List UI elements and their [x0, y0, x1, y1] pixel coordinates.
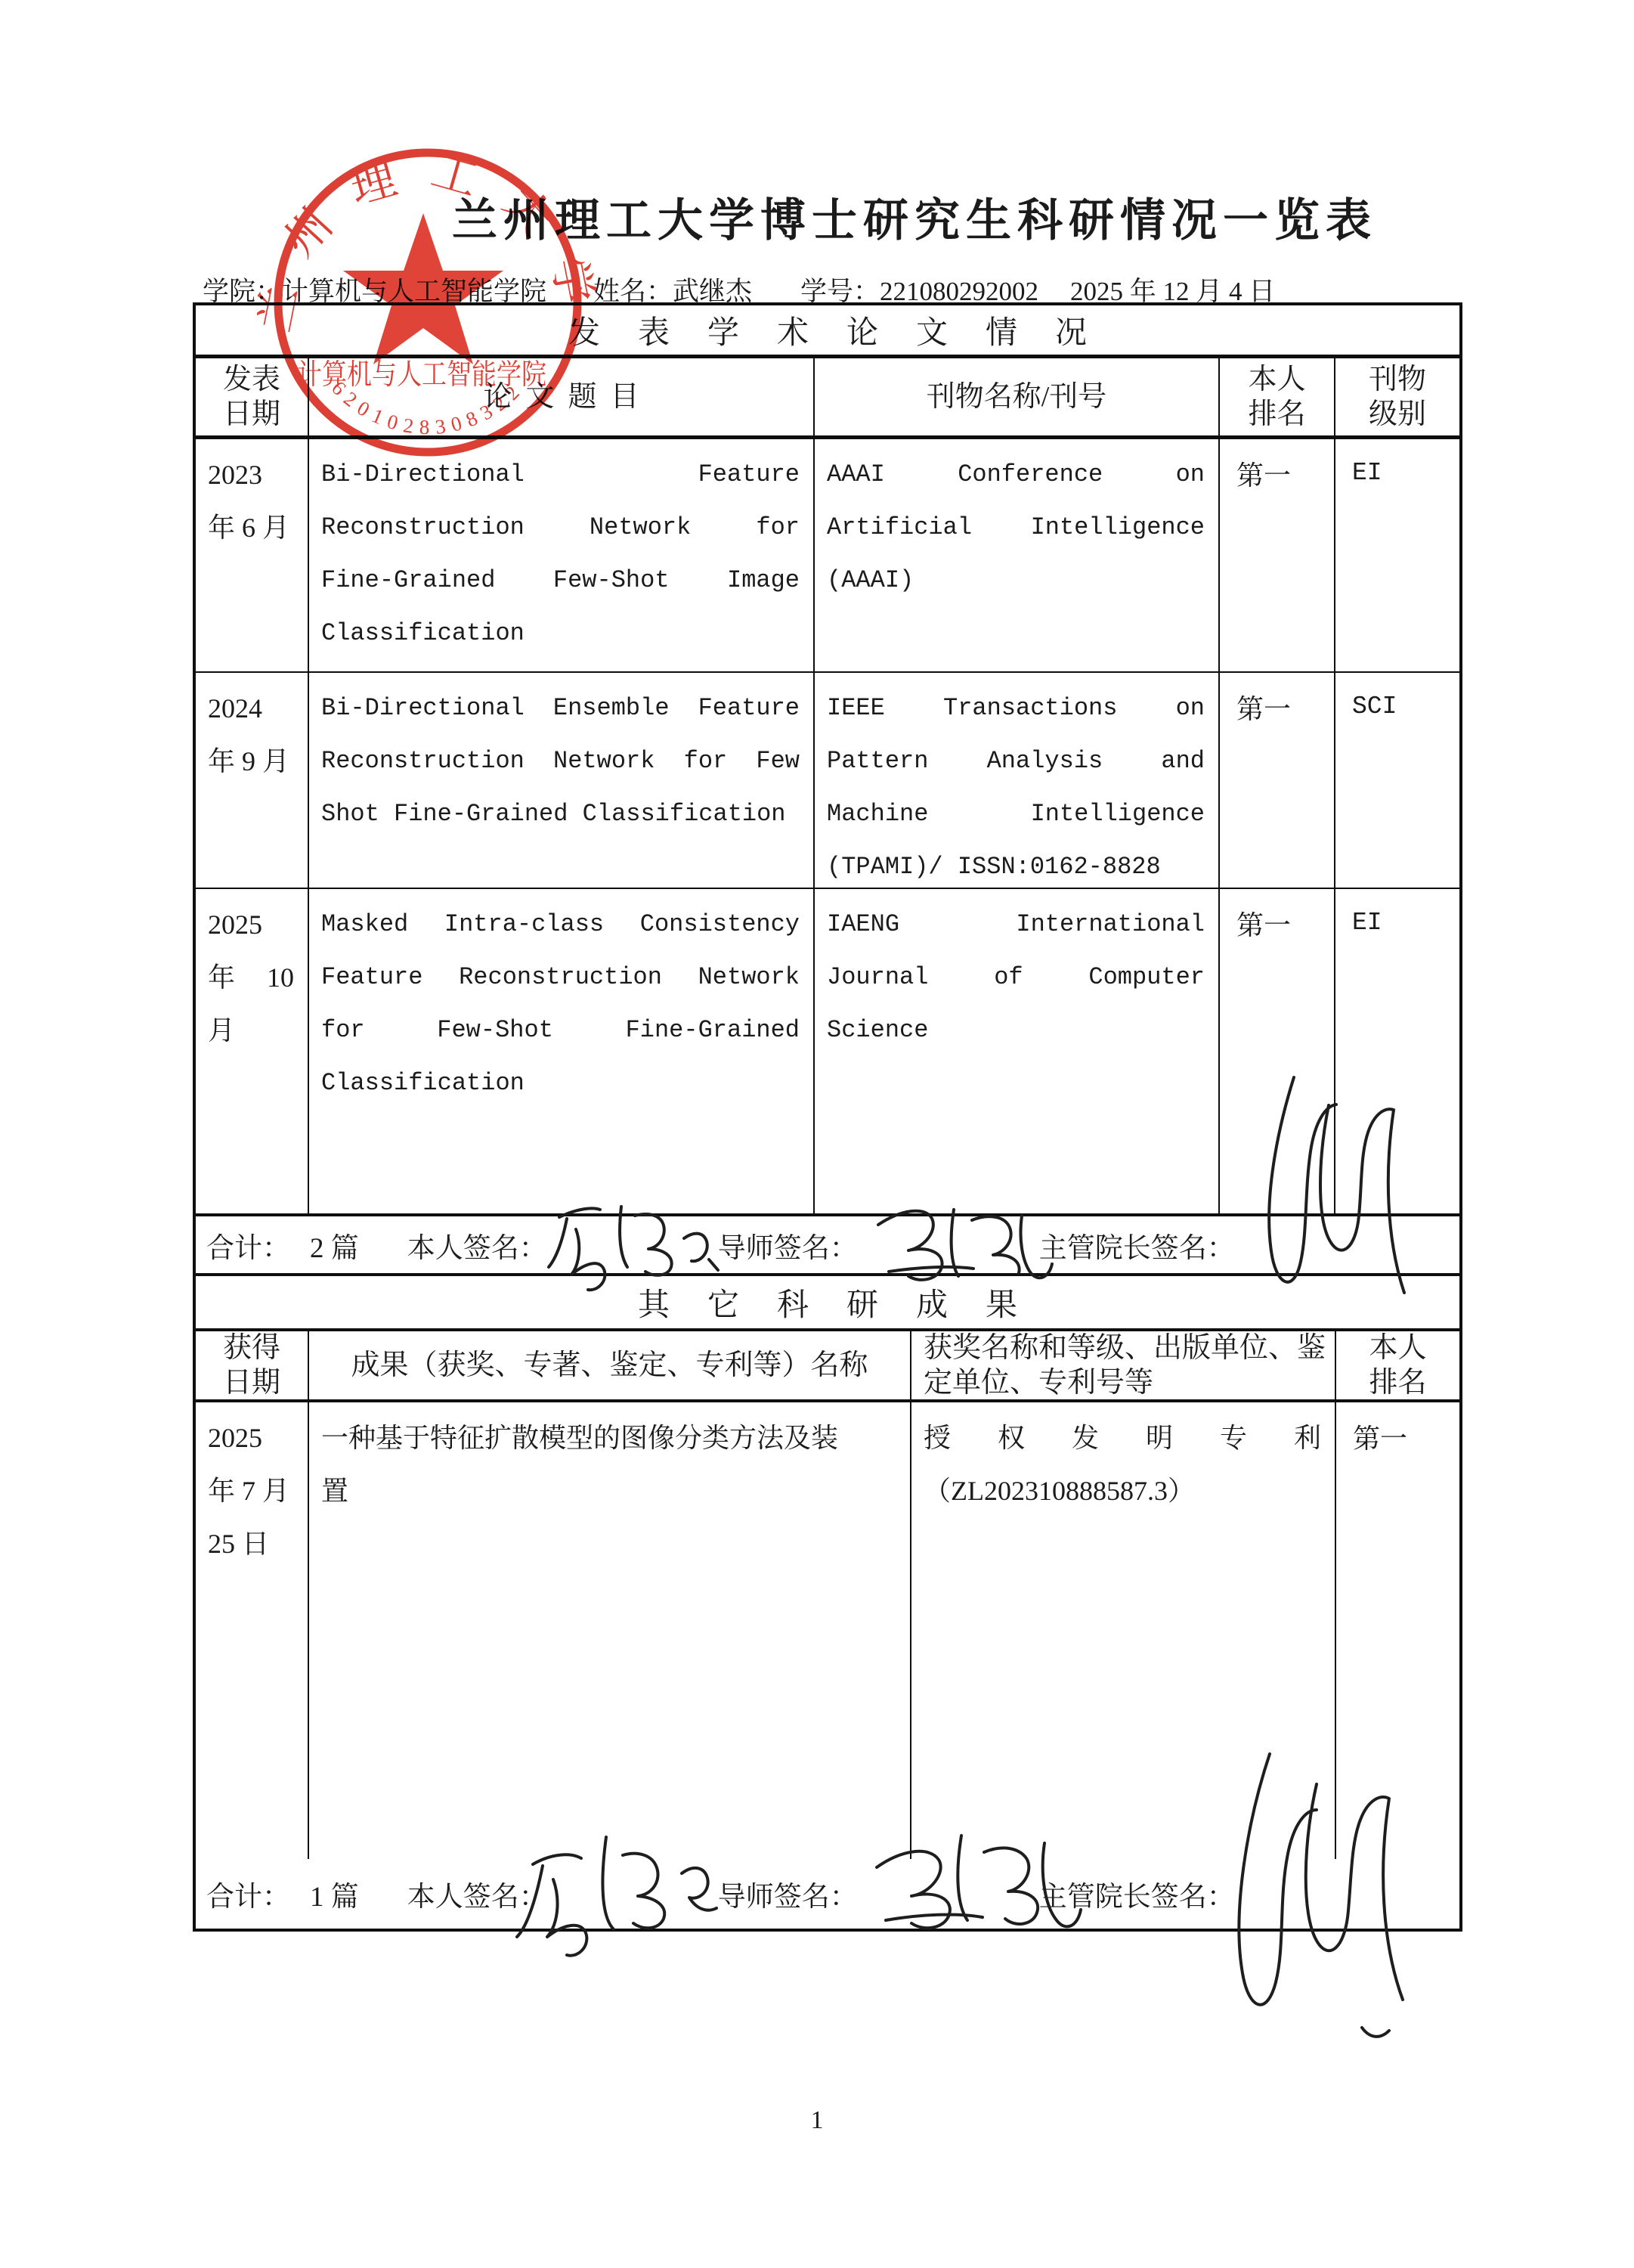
paper-1-rank: 第一: [1220, 439, 1335, 671]
achievement-1-rank: 第一: [1336, 1402, 1459, 1859]
paper-3-journal: IAENG International Journal of Computer …: [815, 889, 1220, 1213]
paper-3-title: Masked Intra-class Consistency Feature R…: [309, 889, 815, 1213]
header-self-rank-2: 本人 排名: [1336, 1331, 1459, 1399]
paper-3-date: 2025 年 10 月: [196, 889, 309, 1213]
other-header-row: 获得 日期 成果（获奖、专著、鉴定、专利等）名称 获奖名称和等级、出版单位、鉴 …: [196, 1331, 1459, 1402]
achievement-1-name: 一种基于特征扩散模型的图像分类方法及装 置: [309, 1402, 911, 1859]
papers-header-row: 发表 日期 论文题目 刊物名称/刊号 本人 排名 刊物 级别: [196, 358, 1459, 439]
page-title: 兰州理工大学博士研究生科研情况一览表: [408, 184, 1421, 249]
header-obtain-date: 获得 日期: [196, 1331, 309, 1399]
paper-2-rank: 第一: [1220, 673, 1335, 888]
header-publish-date: 发表 日期: [196, 358, 309, 435]
paper-row-1: 2023 年 6 月 Bi-Directional Feature Recons…: [196, 439, 1459, 673]
header-award-detail: 获奖名称和等级、出版单位、鉴 定单位、专利号等: [911, 1331, 1336, 1399]
paper-2-date: 2024 年 9 月: [196, 673, 309, 888]
achievement-1-award: 授 权 发 明 专 利 （ZL202310888587.3）: [911, 1402, 1336, 1859]
paper-3-level: EI: [1335, 889, 1459, 1213]
paper-1-level: EI: [1335, 439, 1459, 671]
document-page: 兰州理工大学博士研究生科研情况一览表 学院：计算机与人工智能学院 姓名：武继杰 …: [0, 0, 1634, 2268]
paper-1-journal: AAAI Conference on Artificial Intelligen…: [815, 439, 1220, 671]
other-section-title: 其它科研成果: [600, 1280, 1055, 1325]
papers-summary-row: 合计： 2 篇 本人签名： 导师签名： 主管院长签名：: [196, 1216, 1459, 1276]
supervisor-signature-label: 导师签名：: [718, 1225, 858, 1266]
paper-row-3: 2025 年 10 月 Masked Intra-class Consisten…: [196, 889, 1459, 1216]
achievement-1-date: 2025 年 7 月 25 日: [196, 1402, 309, 1859]
paper-2-level: SCI: [1335, 673, 1459, 888]
paper-2-title: Bi-Directional Ensemble Feature Reconstr…: [309, 673, 815, 888]
self-signature-label-2: 本人签名：: [407, 1873, 547, 1914]
header-journal-level: 刊物 级别: [1335, 358, 1459, 435]
paper-3-rank: 第一: [1220, 889, 1335, 1213]
papers-section-title: 发表学术论文情况: [531, 308, 1125, 353]
supervisor-signature-label-2: 导师签名：: [718, 1873, 858, 1914]
other-total-label: 合计：: [196, 1873, 290, 1914]
self-signature-label: 本人签名：: [407, 1225, 547, 1266]
header-paper-title: 论文题目: [309, 358, 815, 435]
papers-section-band: 发表学术论文情况: [196, 305, 1459, 358]
papers-total-label: 合计：: [196, 1225, 290, 1266]
dean-signature-label-2: 主管院长签名：: [1039, 1873, 1235, 1914]
paper-1-date: 2023 年 6 月: [196, 439, 309, 671]
header-achievement-name: 成果（获奖、专著、鉴定、专利等）名称: [309, 1331, 911, 1399]
header-journal: 刊物名称/刊号: [815, 358, 1220, 435]
dean-signature-label: 主管院长签名：: [1039, 1225, 1235, 1266]
header-self-rank: 本人 排名: [1220, 358, 1335, 435]
paper-1-title: Bi-Directional Feature Reconstruction Ne…: [309, 439, 815, 671]
page-number: 1: [0, 2106, 1634, 2135]
other-section-band: 其它科研成果: [196, 1276, 1459, 1331]
research-summary-table: 发表学术论文情况 发表 日期 论文题目 刊物名称/刊号 本人 排名 刊物 级别: [193, 302, 1462, 1932]
paper-2-journal: IEEE Transactions on Pattern Analysis an…: [815, 673, 1220, 888]
achievement-row-1: 2025 年 7 月 25 日 一种基于特征扩散模型的图像分类方法及装 置 授 …: [196, 1402, 1459, 1859]
paper-row-2: 2024 年 9 月 Bi-Directional Ensemble Featu…: [196, 673, 1459, 889]
other-summary-row: 合计： 1 篇 本人签名： 导师签名： 主管院长签名：: [196, 1859, 1459, 1929]
papers-total-count: 2 篇: [310, 1225, 359, 1266]
other-total-count: 1 篇: [310, 1873, 359, 1914]
